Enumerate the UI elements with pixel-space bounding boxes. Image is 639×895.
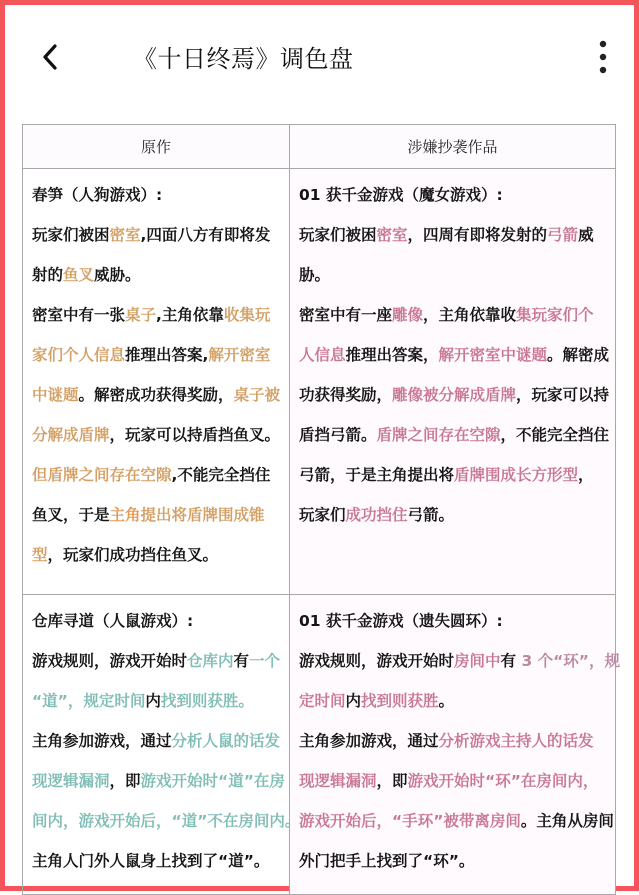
plain-text: 。解密成功获得奖励， — [79, 386, 234, 404]
highlighted-text: 现逻辑漏洞 — [32, 772, 110, 790]
cell-text-line: 玩家们被困密室，四周有即将发射的弓箭威 — [299, 215, 605, 255]
cell-copied: 01 获千金游戏（魔女游戏）:玩家们被困密室，四周有即将发射的弓箭威胁。密室中有… — [290, 169, 616, 595]
highlighted-text: 提出将盾牌围成锥 — [141, 506, 265, 524]
highlighted-text: 密室 — [110, 226, 141, 244]
highlighted-text: 弓箭 — [547, 226, 578, 244]
cell-text-line: 游戏开始后，“手环”被带离房间。主角从房间 — [299, 801, 605, 841]
cell-text-line: 间内，游戏开始后，“道”不在房间内。 — [32, 801, 279, 841]
plain-text: 游戏规则，游戏开始时 — [32, 652, 187, 670]
plain-text: 内 — [145, 692, 161, 710]
cell-title: 01 获千金游戏（遗失圆环）: — [299, 601, 605, 641]
highlighted-text: 型 — [32, 546, 48, 564]
highlighted-text: 解开密室 — [208, 346, 270, 364]
plain-text: ，不能完全挡住 — [501, 426, 610, 444]
highlighted-text: 间内，游戏开始后，“道”不在房间内。 — [32, 812, 300, 830]
app-bar: 《十日终焉》调色盘 — [5, 5, 634, 115]
cell-text-line: 中谜题。解密成功获得奖励，桌子被 — [32, 375, 279, 415]
cell-text-line: 游戏规则，游戏开始时仓库内有一个 — [32, 641, 279, 681]
plain-text: 游戏规则，游戏开始时 — [299, 652, 454, 670]
more-vertical-icon — [599, 40, 607, 78]
highlighted-text: 集玩家们个 — [516, 306, 594, 324]
cell-text-line: 密室中有一张桌子,主角依靠收集玩 — [32, 295, 279, 335]
plain-text: ，玩家可以持盾挡鱼叉。 — [110, 426, 281, 444]
comparison-table: 原作 涉嫌抄袭作品 春笋（人狗游戏）:玩家们被困密室,四面八方有即将发射的鱼叉威… — [22, 124, 616, 891]
cell-text-line: 定时间内找到则获胜。 — [299, 681, 605, 721]
highlighted-text: 成功挡住 — [346, 506, 408, 524]
highlighted-text: 鱼叉 — [63, 266, 94, 284]
cell-text-line: 现逻辑漏洞，即游戏开始时“环”在房间内， — [299, 761, 605, 801]
highlighted-text: 仓库内 — [187, 652, 234, 670]
plain-text: ，即 — [110, 772, 141, 790]
highlighted-text: 分解成盾牌 — [32, 426, 110, 444]
plain-text: ，玩家们成功挡住鱼叉。 — [48, 546, 219, 564]
highlighted-text: 找到则获胜。 — [161, 692, 254, 710]
page-title: 《十日终焉》调色盘 — [133, 41, 354, 77]
plain-text: 外门把手上找到了“环”。 — [299, 852, 474, 870]
plain-text: 推理出答案， — [346, 346, 439, 364]
header-original: 原作 — [23, 125, 290, 169]
highlighted-text: 中谜题 — [32, 386, 79, 404]
plain-text: ,不能完全挡住 — [172, 466, 271, 484]
plain-text: 功获得奖励， — [299, 386, 392, 404]
highlighted-text: 定时间 — [299, 692, 346, 710]
highlighted-text: 家们个人信息 — [32, 346, 125, 364]
highlighted-text: 但盾牌之间存在空隙 — [32, 466, 172, 484]
plain-text: 胁。 — [299, 266, 330, 284]
plain-text: 推理出答案, — [125, 346, 208, 364]
comparison-table-container: 原作 涉嫌抄袭作品 春笋（人狗游戏）:玩家们被困密室,四面八方有即将发射的鱼叉威… — [22, 124, 615, 891]
table-row: 春笋（人狗游戏）:玩家们被困密室,四面八方有即将发射的鱼叉威胁。密室中有一张桌子… — [23, 169, 616, 595]
plain-text: ,四面八方有即将发 — [141, 226, 271, 244]
plain-text: 玩家们被困 — [32, 226, 110, 244]
plain-text: 。主角从房间 — [521, 812, 614, 830]
plain-text: 弓箭。 — [408, 506, 455, 524]
cell-text-line: 主角参加游戏，通过分析游戏主持人的话发 — [299, 721, 605, 761]
plain-text: 主角参加游戏，通过 — [299, 732, 439, 750]
plain-text: 主角参加游戏，通过 — [32, 732, 172, 750]
back-button[interactable] — [35, 39, 65, 79]
chevron-left-icon — [42, 44, 58, 74]
plain-text: ，四周有即将发射的 — [408, 226, 548, 244]
plain-text: 射的 — [32, 266, 63, 284]
cell-copied: 01 获千金游戏（遗失圆环）:游戏规则，游戏开始时房间中有 3 个“环”，规定时… — [290, 595, 616, 892]
cell-title: 仓库寻道（人鼠游戏）: — [32, 601, 279, 641]
cell-text-line: 但盾牌之间存在空隙,不能完全挡住 — [32, 455, 279, 495]
cell-text-line: 玩家们被困密室,四面八方有即将发 — [32, 215, 279, 255]
plain-text: 有 — [234, 652, 250, 670]
cell-text-line: 玩家们成功挡住弓箭。 — [299, 495, 605, 535]
highlighted-text: 密室 — [377, 226, 408, 244]
highlighted-text: 房间中 — [454, 652, 501, 670]
cell-title: 春笋（人狗游戏）: — [32, 175, 279, 215]
plain-text: 盾挡弓箭。 — [299, 426, 377, 444]
plain-text: ,主角依靠 — [156, 306, 224, 324]
header-copied: 涉嫌抄袭作品 — [290, 125, 616, 169]
cell-text-line: 游戏规则，游戏开始时房间中有 3 个“环”，规 — [299, 641, 605, 681]
cell-text-line: “道”，规定时间内找到则获胜。 — [32, 681, 279, 721]
plain-text: 密室中有一张 — [32, 306, 125, 324]
highlighted-text: 分析人鼠的话发 — [172, 732, 281, 750]
screenshot-frame: 《十日终焉》调色盘 原作 涉嫌抄袭作品 春笋（人狗游戏）:玩家们被困密室,四面八… — [0, 0, 639, 891]
plain-text: ，主角依靠收 — [423, 306, 516, 324]
cell-text-line: 外门把手上找到了“环”。 — [299, 841, 605, 881]
cell-text-line: 密室中有一座雕像，主角依靠收集玩家们个 — [299, 295, 605, 335]
table-header-row: 原作 涉嫌抄袭作品 — [23, 125, 616, 169]
highlighted-text: 一个 — [249, 652, 280, 670]
cell-original: 春笋（人狗游戏）:玩家们被困密室,四面八方有即将发射的鱼叉威胁。密室中有一张桌子… — [23, 169, 290, 595]
plain-text: 密室中有一座 — [299, 306, 392, 324]
more-options-button[interactable] — [591, 39, 615, 79]
highlighted-text: 游戏开始后，“手环”被带离房间 — [299, 812, 521, 830]
highlighted-text: 桌子 — [125, 306, 156, 324]
cell-text-line: 鱼叉，于是主角提出将盾牌围成锥 — [32, 495, 279, 535]
cell-text-line: 主角人门外人鼠身上找到了“道”。 — [32, 841, 279, 881]
highlighted-text: 游戏开始时“环”在房间内， — [408, 772, 599, 790]
highlighted-text: 找到则获胜 — [361, 692, 439, 710]
plain-text: 鱼叉，于是 — [32, 506, 110, 524]
plain-text: 。 — [439, 692, 455, 710]
plain-text: 内 — [346, 692, 362, 710]
plain-text: 玩家们被困 — [299, 226, 377, 244]
cell-original: 仓库寻道（人鼠游戏）:游戏规则，游戏开始时仓库内有一个“道”，规定时间内找到则获… — [23, 595, 290, 892]
plain-text: ， — [578, 466, 594, 484]
plain-text: 威胁。 — [94, 266, 141, 284]
highlighted-text: 桌子被 — [234, 386, 281, 404]
plain-text: 威 — [578, 226, 594, 244]
cell-text-line: 射的鱼叉威胁。 — [32, 255, 279, 295]
cell-text-line: 型，玩家们成功挡住鱼叉。 — [32, 535, 279, 575]
highlighted-text: “道”，规定时间 — [32, 692, 145, 710]
cell-title: 01 获千金游戏（魔女游戏）: — [299, 175, 605, 215]
plain-text: ，玩家可以持 — [516, 386, 609, 404]
highlighted-text: 解开密室中谜题 — [439, 346, 548, 364]
cell-text-line: 现逻辑漏洞，即游戏开始时“道”在房 — [32, 761, 279, 801]
plain-text: 主角人门外人鼠身上找到了“道”。 — [32, 852, 269, 870]
cell-text-line: 人信息推理出答案，解开密室中谜题。解密成 — [299, 335, 605, 375]
highlighted-text: 雕像被分解成盾牌 — [392, 386, 516, 404]
highlighted-text: 雕像 — [392, 306, 423, 324]
highlighted-text: 盾牌围成长方形型 — [454, 466, 578, 484]
cell-text-line: 功获得奖励，雕像被分解成盾牌，玩家可以持 — [299, 375, 605, 415]
highlighted-text: 主角 — [110, 506, 141, 524]
plain-text: 有 — [501, 652, 522, 670]
cell-text-line: 弓箭，于是主角提出将盾牌围成长方形型， — [299, 455, 605, 495]
highlighted-text: 3 个“环”，规 — [521, 652, 620, 670]
highlighted-text: 游戏开始时“道”在房 — [141, 772, 285, 790]
plain-text: 。解密成 — [547, 346, 609, 364]
highlighted-text: 分析游戏主持人的话发 — [439, 732, 594, 750]
highlighted-text: 收集玩 — [224, 306, 271, 324]
cell-text-line: 胁。 — [299, 255, 605, 295]
plain-text: ，即 — [377, 772, 408, 790]
highlighted-text: 现逻辑漏洞 — [299, 772, 377, 790]
highlighted-text: 盾牌之间存在空隙 — [377, 426, 501, 444]
plain-text: 弓箭，于是主角提出将 — [299, 466, 454, 484]
cell-text-line: 家们个人信息推理出答案,解开密室 — [32, 335, 279, 375]
cell-text-line: 盾挡弓箭。盾牌之间存在空隙，不能完全挡住 — [299, 415, 605, 455]
highlighted-text: 人信息 — [299, 346, 346, 364]
cell-text-line: 主角参加游戏，通过分析人鼠的话发 — [32, 721, 279, 761]
cell-text-line: 分解成盾牌，玩家可以持盾挡鱼叉。 — [32, 415, 279, 455]
table-row: 仓库寻道（人鼠游戏）:游戏规则，游戏开始时仓库内有一个“道”，规定时间内找到则获… — [23, 595, 616, 892]
plain-text: 玩家们 — [299, 506, 346, 524]
